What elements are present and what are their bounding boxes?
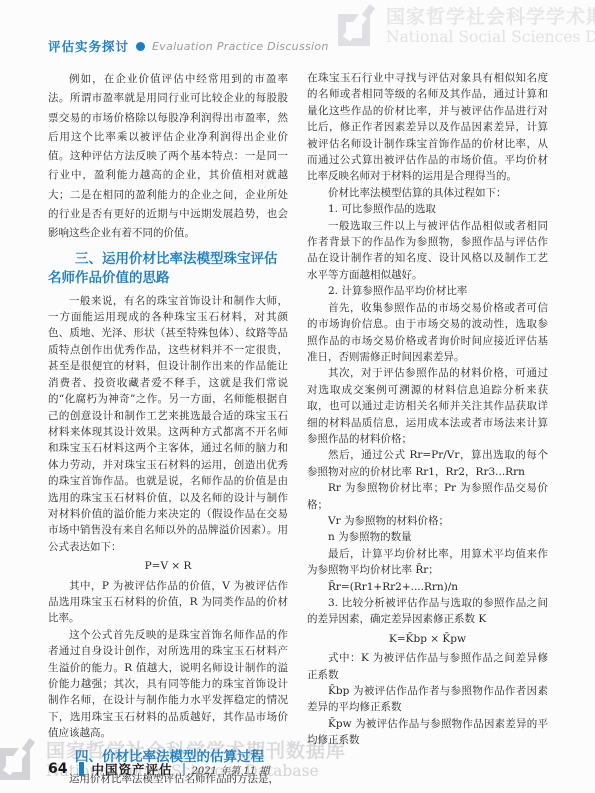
paragraph: 一般来说，有名的珠宝首饰设计和制作大师，一方面能运用现成的各种珠宝玉石材料，对其… xyxy=(48,293,288,556)
journal-title: 中国资产评估 xyxy=(91,760,172,778)
nssd-logo-icon xyxy=(0,740,34,782)
paragraph: 这个公式首先反映的是珠宝首饰名师作品的作者通过自身设计创作，对所选用的珠宝玉石材… xyxy=(48,627,288,742)
paragraph: 然后，通过公式 Rr=Pr/Vr，算出选取的每个参照物对应的价材比率 Rr1，R… xyxy=(307,447,548,480)
formula: R̄r=(Rr1+Rr2+....Rrn)/n xyxy=(307,579,548,595)
journal-page: 国家哲学社会科学学术期刊数据库 National Social Sciences… xyxy=(0,0,595,793)
list-item: 1. 可比参照作品的选取 xyxy=(307,201,548,217)
nssd-logo-icon xyxy=(338,6,374,48)
paragraph: Rr 为参照物价材比率；Pr 为参照作品交易价格； xyxy=(307,480,548,513)
paragraph: n 为参照物的数量 xyxy=(307,529,548,545)
page-number: 64 xyxy=(48,761,67,777)
paragraph: 例如，在企业价值评估中经常用到的市盈率法。所谓市盈率就是用同行业可比较企业的每股… xyxy=(48,70,288,244)
list-item: 3. 比较分析被评估作品与选取的参照作品之间的差异因素，确定差异因素修正系数 K xyxy=(307,595,548,628)
footer-divider-icon xyxy=(183,763,185,775)
right-column: 在珠宝玉石行业中寻找与评估对象具有相似知名度的名师或者相同等级的名师及其作品，通… xyxy=(307,70,548,749)
paragraph: Vr 为参照物的材料价格； xyxy=(307,513,548,529)
watermark-text: 国家哲学社会科学学术期刊数据库 National Social Sciences… xyxy=(386,6,595,47)
watermark-zh: 国家哲学社会科学学术期刊数据库 xyxy=(386,6,595,28)
watermark-en: National Social Sciences Database xyxy=(386,28,595,47)
section-heading: 三、运用价材比率法模型珠宝评估名师作品价值的思路 xyxy=(48,250,288,289)
footer-bar-icon xyxy=(79,762,84,776)
paragraph: 式中：K 为被评估作品与参照作品之间差异修正系数 xyxy=(307,650,548,683)
paragraph: 其次，对于评估参照作品的材料价格，可通过对选取成交案例可溯源的材料信息追踪分析来… xyxy=(307,365,548,447)
paragraph: 最后，计算平均价材比率，用算术平均值来作为参照物平均价材比率 R̄r； xyxy=(307,546,548,579)
paragraph: K̄pw 为被评估作品与参照物作品因素差异的平均修正系数 xyxy=(307,716,548,749)
watermark-top: 国家哲学社会科学学术期刊数据库 National Social Sciences… xyxy=(338,6,595,48)
page-header: 评估实务探讨 Evaluation Practice Discussion xyxy=(48,37,329,55)
paragraph: 其中，P 为被评估作品的价值，V 为被评估作品选用珠宝玉石材料的价值，R 为同类… xyxy=(48,578,288,627)
left-column: 例如，在企业价值评估中经常用到的市盈率法。所谓市盈率就是用同行业可比较企业的每股… xyxy=(48,70,288,788)
paragraph: 在珠宝玉石行业中寻找与评估对象具有相似知名度的名师或者相同等级的名师及其作品，通… xyxy=(307,70,548,185)
list-item: 2. 计算参照作品平均价材比率 xyxy=(307,283,548,299)
paragraph: 价材比率法模型估算的具体过程如下： xyxy=(307,185,548,201)
journal-issue: 2021 年第 11 期 xyxy=(192,762,270,777)
paragraph: 一般选取三件以上与被评估作品相似或者相同作者背景下的作品作为参照物，参照作品与评… xyxy=(307,218,548,284)
section-label-en: Evaluation Practice Discussion xyxy=(152,40,329,53)
paragraph: K̄bp 为被评估作品作者与参照物作品作者因素差异的平均修正系数 xyxy=(307,683,548,716)
page-footer: 64 中国资产评估 2021 年第 11 期 xyxy=(48,760,269,778)
section-label-zh: 评估实务探讨 xyxy=(48,37,129,55)
formula: P=V × R xyxy=(48,558,288,574)
section-dot-icon xyxy=(136,42,145,51)
paragraph: 首先，收集参照作品的市场交易价格或者可信的市场询价信息。由于市场交易的波动性，选… xyxy=(307,300,548,366)
formula: K=K̄bp × K̄pw xyxy=(307,631,548,647)
